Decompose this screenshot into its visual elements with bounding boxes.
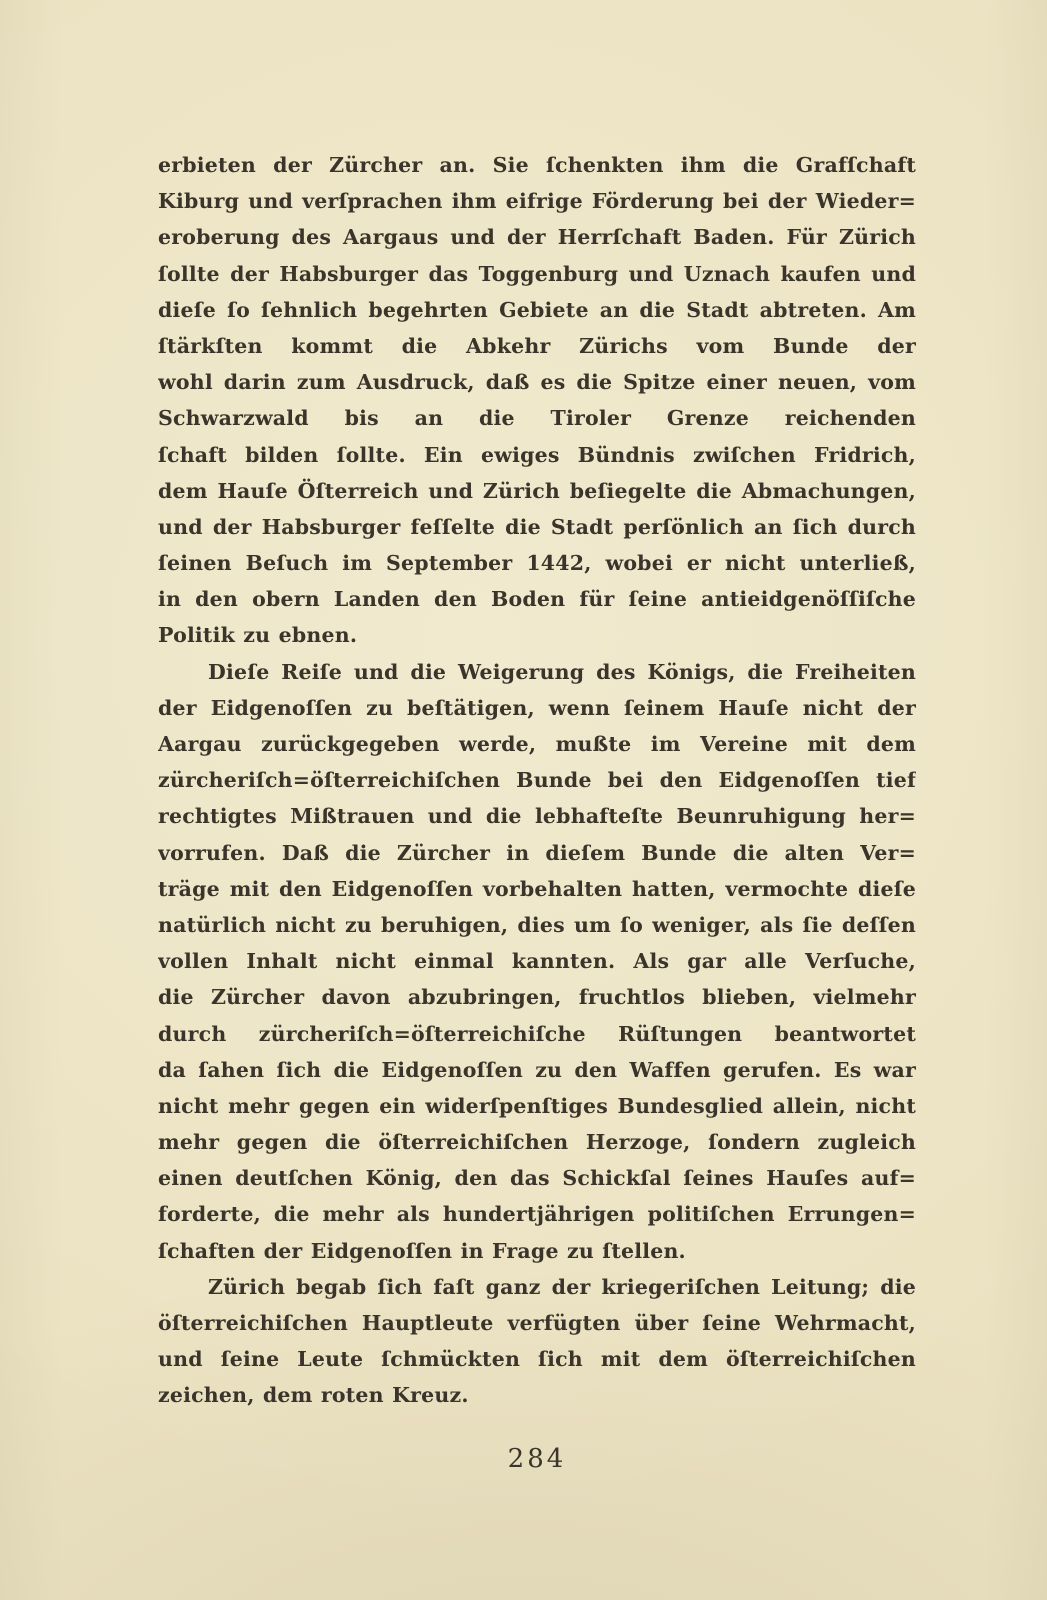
text-line: die Zürcher davon abzubringen, fruchtlos… bbox=[158, 979, 916, 1015]
text-line: Dieſe Reiſe und die Weigerung des Königs… bbox=[158, 654, 916, 690]
text-line: und ſeine Leute ſchmückten ſich mit dem … bbox=[158, 1341, 916, 1377]
text-line: nicht mehr gegen ein widerſpenſtiges Bun… bbox=[158, 1088, 916, 1124]
text-line: rechtigtes Mißtrauen und die lebhafteſte… bbox=[158, 798, 916, 834]
text-line: öſterreichiſchen Hauptleute verfügten üb… bbox=[158, 1305, 916, 1341]
text-line: und der Habsburger feſſelte die Stadt pe… bbox=[158, 509, 916, 545]
page-number: 284 bbox=[158, 1444, 916, 1474]
text-line: zeichen, dem roten Kreuz. bbox=[158, 1377, 916, 1413]
text-line: zürcheriſch=öſterreichiſchen Bunde bei d… bbox=[158, 762, 916, 798]
text-line: vorrufen. Daß die Zürcher in dieſem Bund… bbox=[158, 835, 916, 871]
text-line: Kiburg und verſprachen ihm eifrige Förde… bbox=[158, 183, 916, 219]
text-block: erbieten der Zürcher an. Sie ſchenkten i… bbox=[158, 147, 916, 1414]
text-line: eroberung des Aargaus und der Herrſchaft… bbox=[158, 219, 916, 255]
book-page: erbieten der Zürcher an. Sie ſchenkten i… bbox=[0, 0, 1047, 1600]
text-line: einen deutſchen König, den das Schickſal… bbox=[158, 1160, 916, 1196]
text-line: träge mit den Eidgenoſſen vorbehalten ha… bbox=[158, 871, 916, 907]
text-line: durch zürcheriſch=öſterreichiſche Rüſtun… bbox=[158, 1016, 916, 1052]
text-line: Schwarzwald bis an die Tiroler Grenze re… bbox=[158, 400, 916, 436]
text-line: wohl darin zum Ausdruck, daß es die Spit… bbox=[158, 364, 916, 400]
text-line: ſtärkſten kommt die Abkehr Zürichs vom B… bbox=[158, 328, 916, 364]
text-line: da ſahen ſich die Eidgenoſſen zu den Waf… bbox=[158, 1052, 916, 1088]
text-line: natürlich nicht zu beruhigen, dies um ſo… bbox=[158, 907, 916, 943]
text-line: Zürich begab ſich faſt ganz der kriegeri… bbox=[158, 1269, 916, 1305]
text-line: dieſe ſo ſehnlich begehrten Gebiete an d… bbox=[158, 292, 916, 328]
text-line: Aargau zurückgegeben werde, mußte im Ver… bbox=[158, 726, 916, 762]
text-line: ſchaft bilden ſollte. Ein ewiges Bündnis… bbox=[158, 437, 916, 473]
text-line: mehr gegen die öſterreichiſchen Herzoge,… bbox=[158, 1124, 916, 1160]
text-line: in den obern Landen den Boden für ſeine … bbox=[158, 581, 916, 617]
text-line: dem Hauſe Öſterreich und Zürich beſiegel… bbox=[158, 473, 916, 509]
text-line: der Eidgenoſſen zu beſtätigen, wenn ſein… bbox=[158, 690, 916, 726]
text-line: ſeinen Beſuch im September 1442, wobei e… bbox=[158, 545, 916, 581]
text-line: forderte, die mehr als hundertjährigen p… bbox=[158, 1196, 916, 1232]
text-line: ſollte der Habsburger das Toggenburg und… bbox=[158, 256, 916, 292]
text-line: Politik zu ebnen. bbox=[158, 617, 916, 653]
text-line: ſchaften der Eidgenoſſen in Frage zu ſte… bbox=[158, 1233, 916, 1269]
text-line: vollen Inhalt nicht einmal kannten. Als … bbox=[158, 943, 916, 979]
text-line: erbieten der Zürcher an. Sie ſchenkten i… bbox=[158, 147, 916, 183]
